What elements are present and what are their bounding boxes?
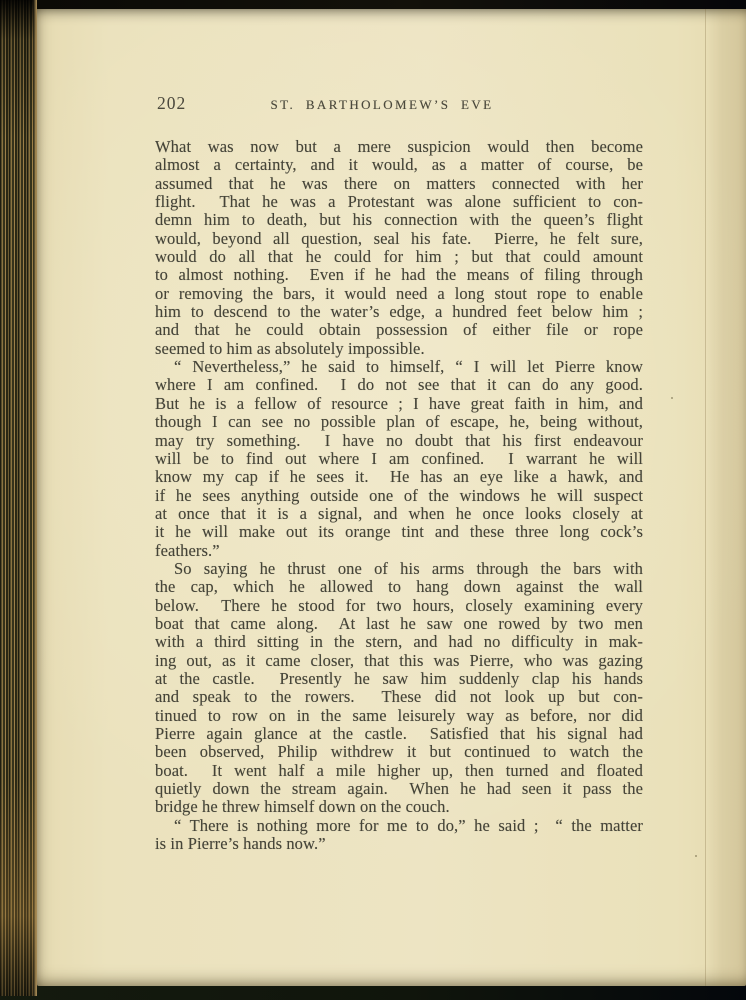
text-line: where I am confined. I do not see that i… <box>155 376 643 394</box>
text-line: ing out, as it came closer, that this wa… <box>155 652 643 670</box>
page-number: 202 <box>157 93 186 114</box>
text-line: it he will make out its orange tint and … <box>155 523 643 541</box>
text-line: almost a certainty, and it would, as a m… <box>155 156 643 174</box>
text-line: What was now but a mere suspicion would … <box>155 138 643 156</box>
text-line: though I can see no possible plan of esc… <box>155 413 643 431</box>
book-page: 202 ST. BARTHOLOMEW’S EVE What was now b… <box>37 9 746 986</box>
text-line: seemed to him as absolutely impossible. <box>155 340 643 358</box>
text-line: will be to find out where I am confined.… <box>155 450 643 468</box>
text-line: bridge he threw himself down on the couc… <box>155 798 643 816</box>
text-line: below. There he stood for two hours, clo… <box>155 597 643 615</box>
text-line: But he is a fellow of resource ; I have … <box>155 395 643 413</box>
text-line: would do all that he could for him ; but… <box>155 248 643 266</box>
text-line: know my cap if he sees it. He has an eye… <box>155 468 643 486</box>
text-line: or removing the bars, it would need a lo… <box>155 285 643 303</box>
text-line: So saying he thrust one of his arms thro… <box>155 560 643 578</box>
text-line: would, beyond all question, seal his fat… <box>155 230 643 248</box>
text-line: flight. That he was a Protestant was alo… <box>155 193 643 211</box>
text-line: “ Nevertheless,” he said to himself, “ I… <box>155 358 643 376</box>
text-line: assumed that he was there on matters con… <box>155 175 643 193</box>
text-line: the cap, which he allowed to hang down a… <box>155 578 643 596</box>
text-line: is in Pierre’s hands now.” <box>155 835 643 853</box>
text-line: at once that it is a signal, and when he… <box>155 505 643 523</box>
text-line: may try something. I have no doubt that … <box>155 432 643 450</box>
book-photo: 202 ST. BARTHOLOMEW’S EVE What was now b… <box>0 0 746 1000</box>
text-line: boat. It went half a mile higher up, the… <box>155 762 643 780</box>
text-line: boat that came along. At last he saw one… <box>155 615 643 633</box>
text-line: “ There is nothing more for me to do,” h… <box>155 817 643 835</box>
paper-speck <box>695 855 697 857</box>
text-line: Pierre again glance at the castle. Satis… <box>155 725 643 743</box>
text-line: at the castle. Presently he saw him sudd… <box>155 670 643 688</box>
book-page-edges <box>0 0 37 996</box>
text-line: feathers.” <box>155 542 643 560</box>
text-line: been observed, Philip withdrew it but co… <box>155 743 643 761</box>
text-line: quietly down the stream again. When he h… <box>155 780 643 798</box>
text-line: with a third sitting in the stern, and h… <box>155 633 643 651</box>
table-surface-shadow <box>0 985 746 1000</box>
text-line: if he sees anything outside one of the w… <box>155 487 643 505</box>
text-line: tinued to row on in the same leisurely w… <box>155 707 643 725</box>
page-fold-shadow <box>705 9 746 986</box>
text-line: to almost nothing. Even if he had the me… <box>155 266 643 284</box>
running-title: ST. BARTHOLOMEW’S EVE <box>271 97 494 113</box>
text-line: him to descend to the water’s edge, a hu… <box>155 303 643 321</box>
paper-speck <box>671 397 673 399</box>
text-line: demn him to death, but his connection wi… <box>155 211 643 229</box>
text-line: and that he could obtain possession of e… <box>155 321 643 339</box>
text-line: and speak to the rowers. These did not l… <box>155 688 643 706</box>
page-text: What was now but a mere suspicion would … <box>155 138 643 853</box>
